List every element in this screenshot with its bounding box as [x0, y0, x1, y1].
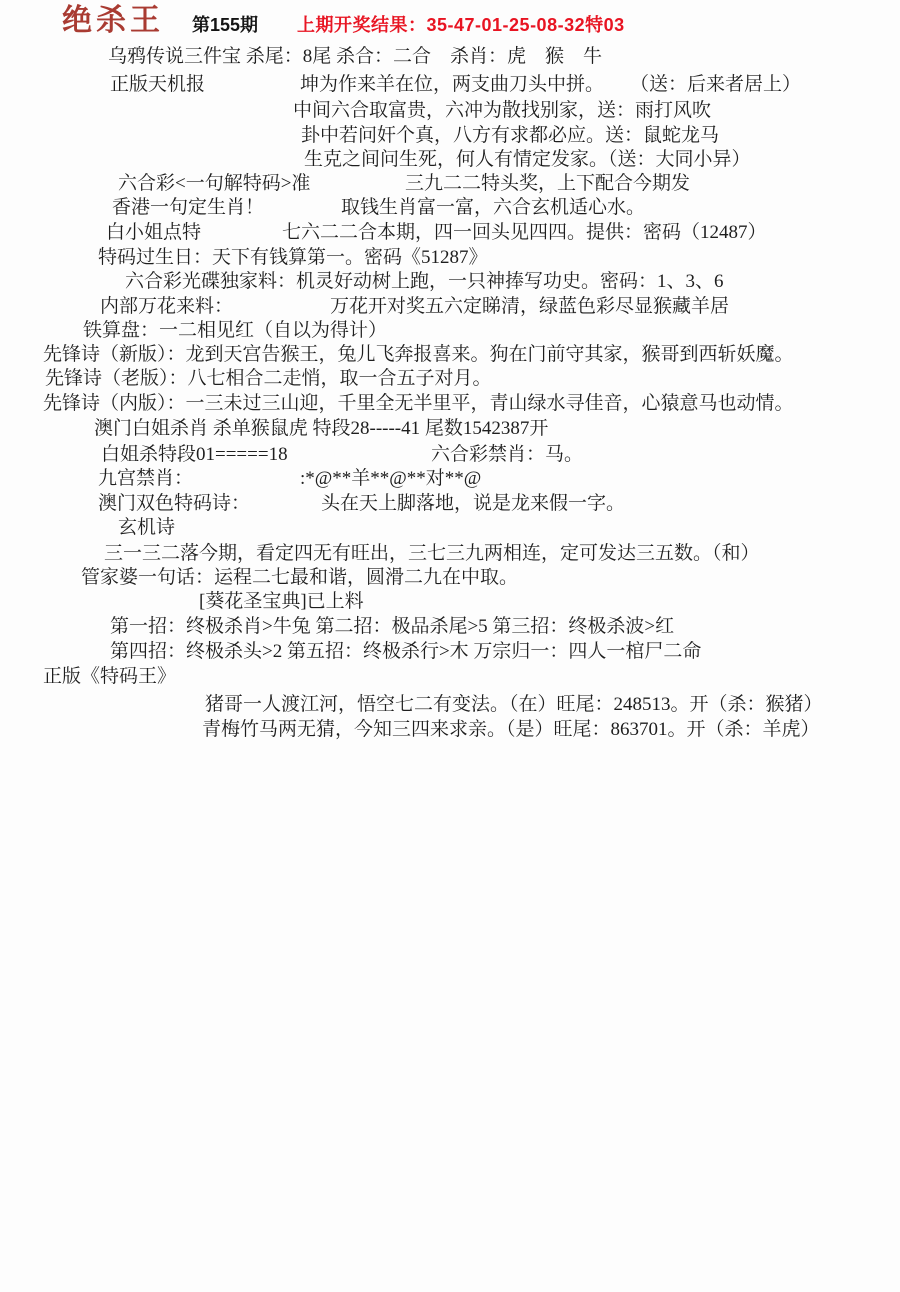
special-code-king-verse-1: 猪哥一人渡江河，悟空七二有变法。（在）旺尾：248513。开（杀：猴猪）: [205, 694, 823, 716]
moves-4-5-line: 第四招：终极杀头>2 第五招：终极杀行>木 万宗归一：四人一棺尸二命: [110, 641, 701, 663]
sunflower-classic-line: [葵花圣宝典]已上料: [199, 591, 364, 613]
pioneer-poem-old: 先锋诗（老版）：八七相合二走悄，取一合五子对月。: [45, 368, 492, 390]
tianji-verse-2: 中间六合取富贵，六冲为散找别家，送：雨打风吹: [293, 100, 711, 122]
tianji-verse-1-send: （送：后来者居上）: [630, 74, 801, 96]
wanhua-text: 万花开对奖五六定睇清，绿蓝色彩尽显猴藏羊居: [330, 296, 729, 318]
last-draw-result: 上期开奖结果：35-47-01-25-08-32特03: [297, 15, 625, 36]
special-code-king-title: 正版《特码王》: [43, 666, 176, 688]
one-phrase-special-label: 六合彩<一句解特码>准: [118, 173, 310, 195]
tianji-verse-1: 坤为作来羊在位，两支曲刀头中拼。: [300, 74, 604, 96]
bai-kill-segment: 白姐杀特段01=====18: [101, 444, 288, 466]
special-code-king-verse-2: 青梅竹马两无猜，今知三四来求亲。（是）旺尾：863701。开（杀：羊虎）: [202, 719, 820, 741]
wanhua-label: 内部万花来料：: [100, 296, 233, 318]
pioneer-poem-new: 先锋诗（新版）：龙到天宫告猴王，兔儿飞奔报喜来。狗在门前守其家，猴哥到西斩妖魔。: [43, 344, 794, 366]
lottery-tip-sheet: 绝杀王 第155期 上期开奖结果：35-47-01-25-08-32特03 乌鸦…: [0, 0, 900, 1292]
mystery-poem-title: 玄机诗: [118, 517, 175, 539]
pioneer-poem-inner: 先锋诗（内版）：一三未过三山迎，千里全无半里平，青山绿水寻佳音，心猿意马也动情。: [43, 393, 794, 415]
nine-palace-label: 九宫禁肖：: [98, 468, 193, 490]
one-phrase-special-text: 三九二二特头奖，上下配合今期发: [405, 173, 690, 195]
hk-zodiac-label: 香港一句定生肖！: [112, 197, 264, 219]
crow-three-treasures-line: 乌鸦传说三件宝 杀尾：8尾 杀合：二合 杀肖：虎 猴 牛: [108, 46, 602, 68]
iron-abacus-line: 铁算盘：一二相见红（自以为得计）: [83, 320, 387, 342]
moves-1-2-3-line: 第一招：终极杀肖>牛兔 第二招：极品杀尾>5 第三招：终极杀波>红: [110, 616, 674, 638]
page-title: 绝杀王: [62, 4, 164, 39]
miss-bai-label: 白小姐点特: [106, 222, 201, 244]
tianji-verse-4: 生克之间问生死，何人有情定发家。（送：大同小异）: [304, 149, 751, 171]
issue-number: 第155期: [192, 15, 258, 36]
forbidden-zodiac: 六合彩禁肖：马。: [431, 444, 583, 466]
macau-bai-kill-line: 澳门白姐杀肖 杀单猴鼠虎 特段28-----41 尾数1542387开: [94, 418, 548, 440]
miss-bai-text: 七六二二合本期，四一回头见四四。提供：密码（12487）: [282, 222, 767, 244]
tianji-verse-3: 卦中若问奸个真，八方有求都必应。送：鼠蛇龙马: [301, 125, 719, 147]
macau-two-color-label: 澳门双色特码诗：: [98, 493, 250, 515]
cd-exclusive-line: 六合彩光碟独家料：机灵好动树上跑，一只神捧写功史。密码：1、3、6: [125, 271, 724, 293]
special-birthday-line: 特码过生日：天下有钱算第一。密码《51287》: [98, 247, 488, 269]
tianji-report-label: 正版天机报: [110, 74, 205, 96]
hk-zodiac-text: 取钱生肖富一富，六合玄机适心水。: [341, 197, 645, 219]
housekeeper-line: 管家婆一句话：运程二七最和谐，圆滑二九在中取。: [81, 567, 518, 589]
mystery-poem-text: 三一三二落今期，看定四无有旺出，三七三九两相连，定可发达三五数。（和）: [104, 543, 760, 565]
nine-palace-text: :*@**羊**@**对**@: [300, 468, 481, 490]
macau-two-color-text: 头在天上脚落地，说是龙来假一字。: [321, 493, 625, 515]
